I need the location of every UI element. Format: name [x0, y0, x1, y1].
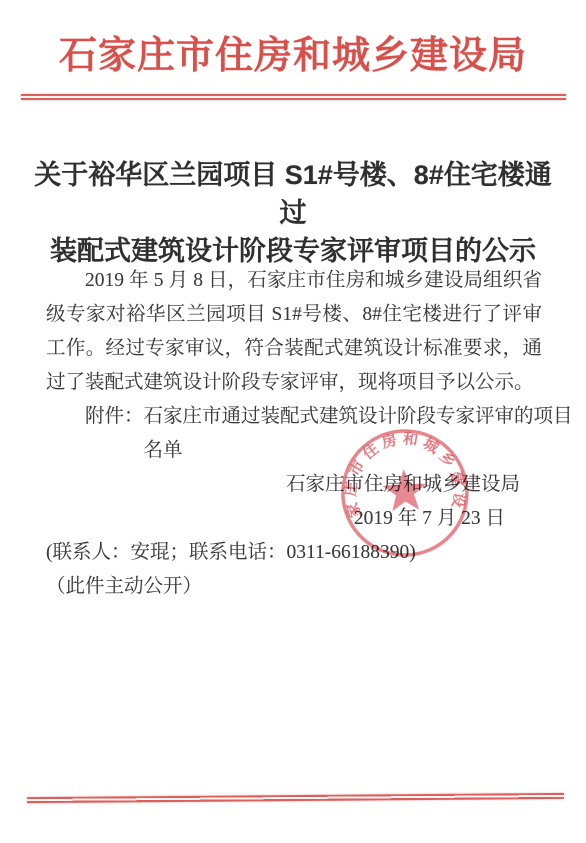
document-page: 石家庄市住房和城乡建设局 关于裕华区兰园项目 S1#号楼、8#住宅楼通过 装配式… [0, 0, 586, 843]
header-rule [21, 94, 566, 100]
title-line-1: 关于裕华区兰园项目 S1#号楼、8#住宅楼通过 [28, 156, 558, 232]
seal-arc-text: 石家庄市住房和城乡建设局 [332, 422, 469, 520]
seal-star-icon [382, 468, 428, 512]
footer-rule [27, 793, 564, 803]
attachment-label: 附件： [46, 400, 144, 468]
disclosure-line: （此件主动公开） [46, 570, 542, 604]
official-seal: 石家庄市住房和城乡建设局 [332, 422, 477, 567]
agency-header: 石家庄市住房和城乡建设局 [0, 24, 586, 79]
document-title: 关于裕华区兰园项目 S1#号楼、8#住宅楼通过 装配式建筑设计阶段专家评审项目的… [28, 156, 558, 270]
svg-text:石家庄市住房和城乡建设局: 石家庄市住房和城乡建设局 [332, 422, 469, 520]
body-paragraph: 2019 年 5 月 8 日，石家庄市住房和城乡建设局组织省级专家对裕华区兰园项… [46, 264, 542, 400]
